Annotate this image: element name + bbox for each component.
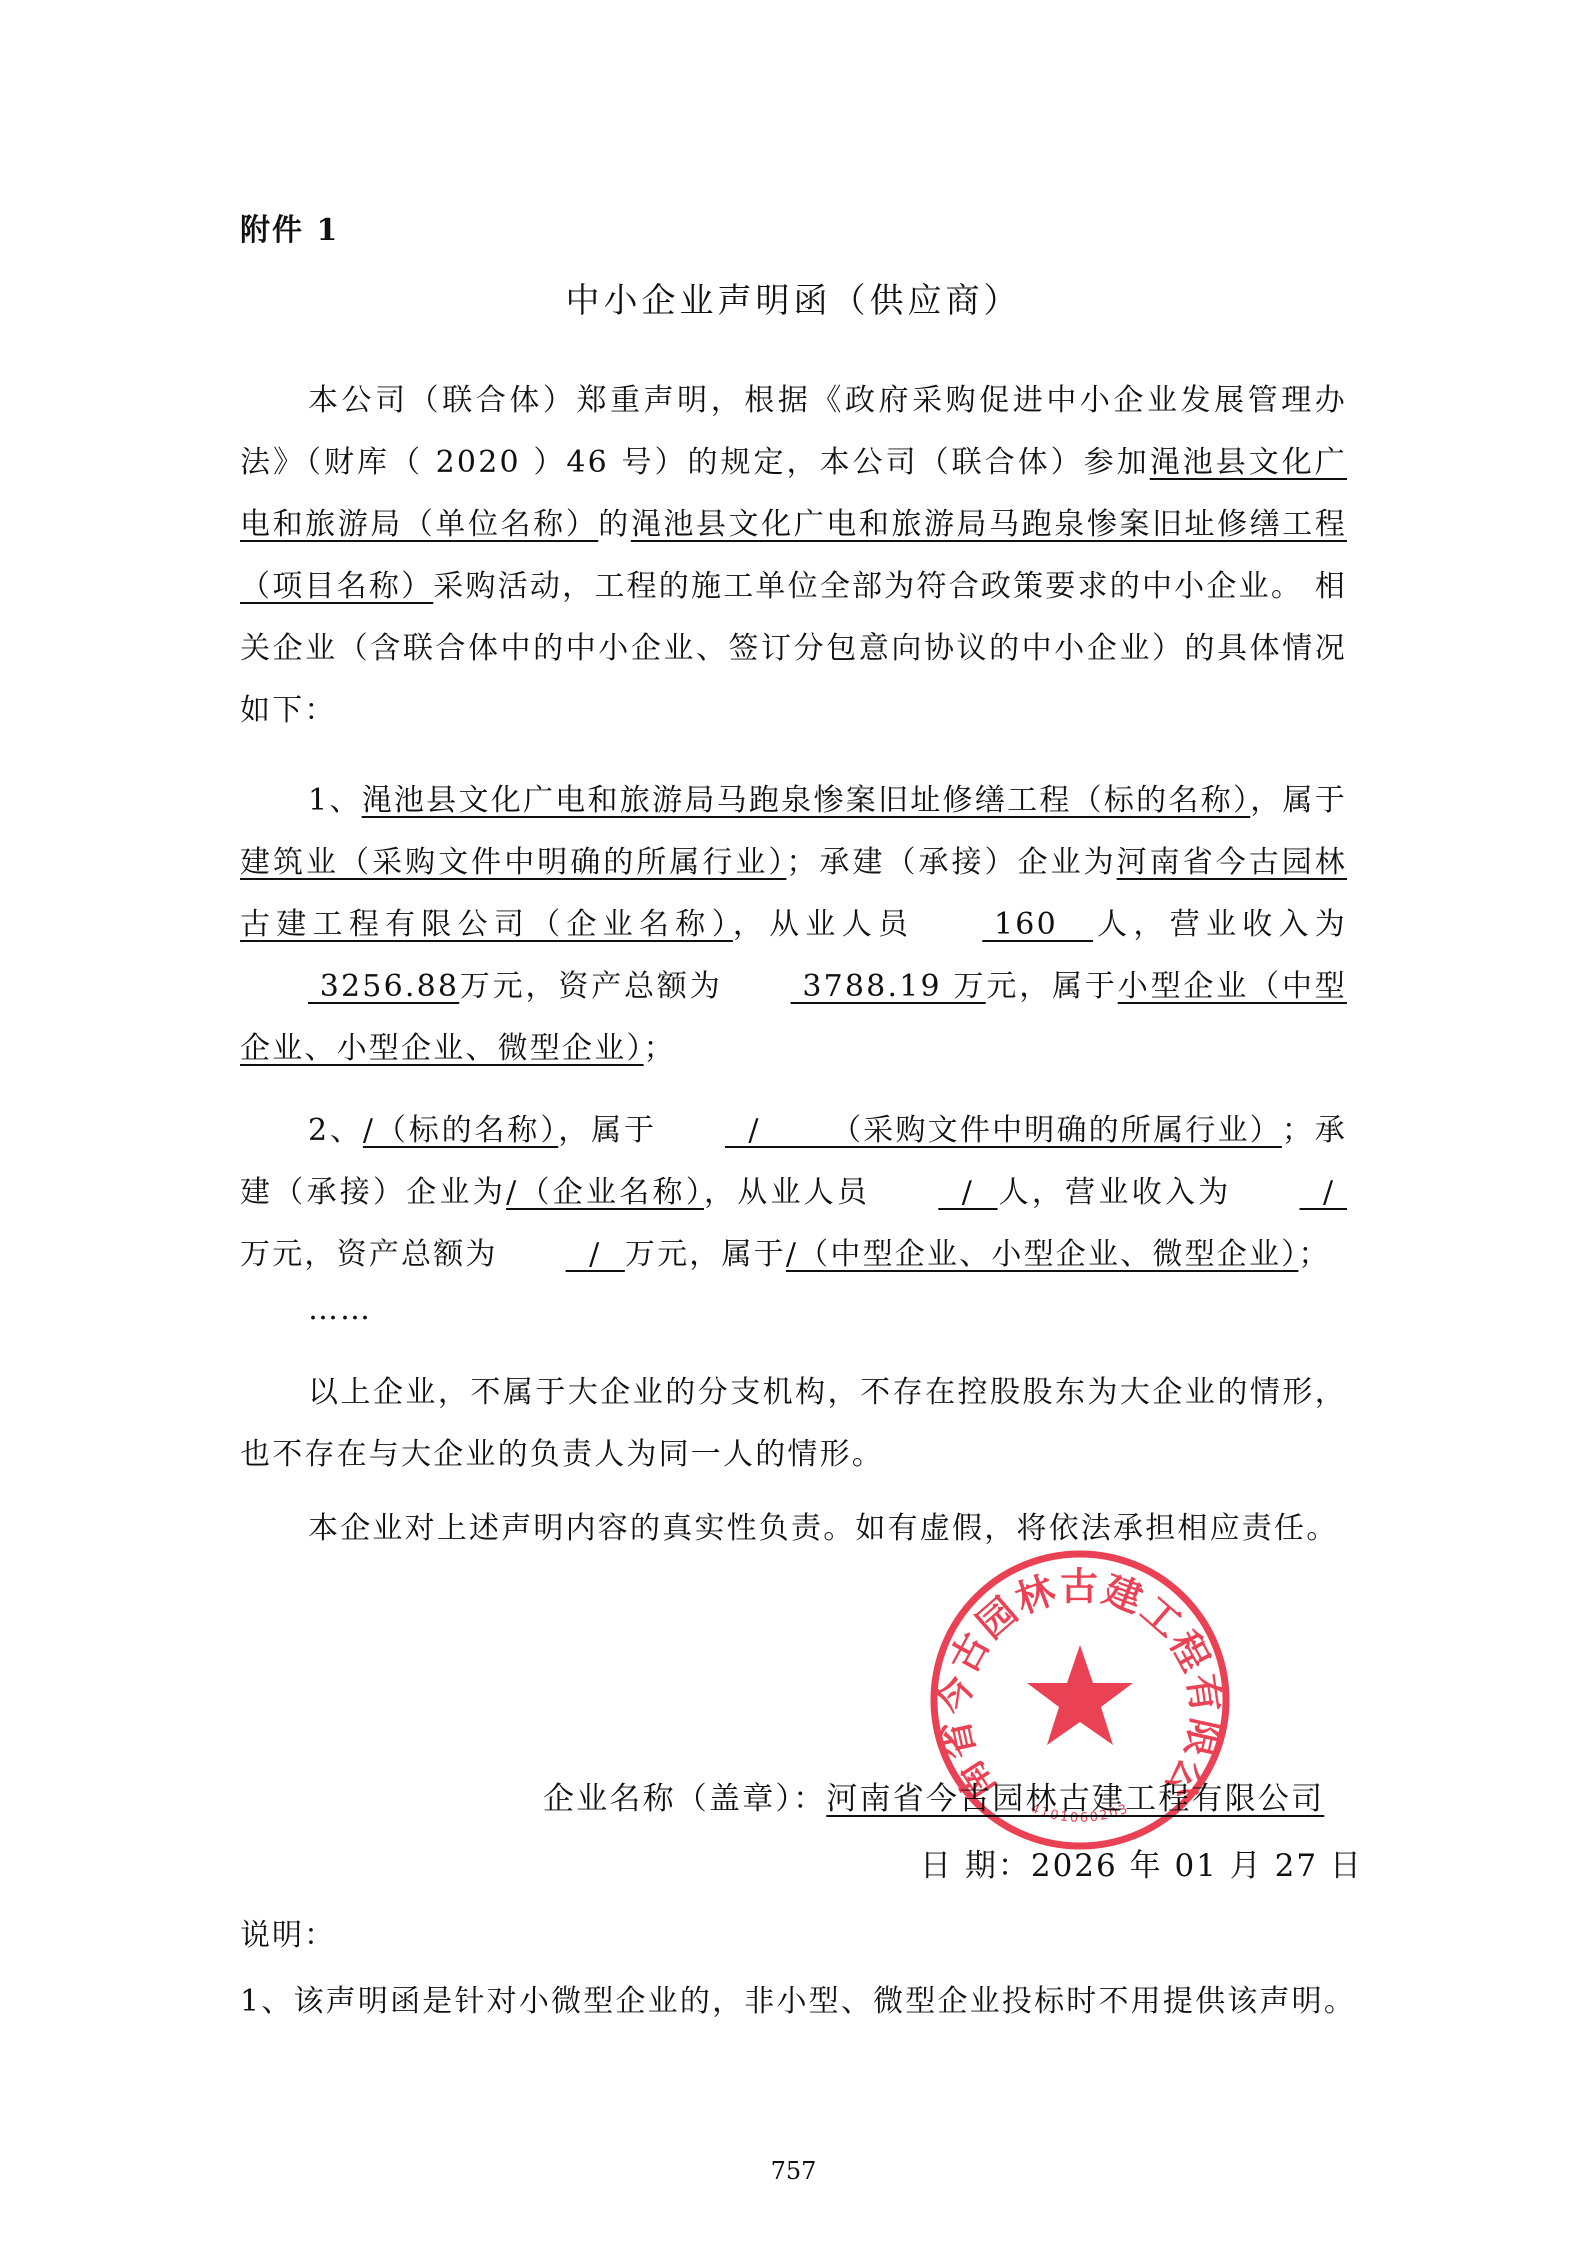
notes-item: 1、该声明函是针对小微型企业的，非小型、微型企业投标时不用提供该声明。 (240, 1976, 1356, 2020)
item-enterprise-size: /（中型企业、小型企业、微型企业） (786, 1237, 1299, 1272)
item-revenue: 3256.88 (240, 956, 459, 1018)
item-text: 元，属于 (986, 969, 1118, 1004)
item-total-assets: / (498, 1224, 625, 1286)
document-page: 附件 1 中小企业声明函（供应商） 本公司（联合体）郑重声明，根据《政府采购促进… (0, 0, 1587, 2245)
item-staff-count: / (870, 1162, 997, 1224)
item-text: ； (644, 1031, 676, 1066)
item-index: 1、 (308, 783, 362, 818)
item-text: ，属于 (558, 1113, 657, 1148)
item-industry: / （采购文件中明确的所属行业） (657, 1100, 1282, 1162)
item-text: 万元，资产总额为 (459, 969, 722, 1004)
closing-paragraph: 以上企业，不属于大企业的分支机构，不存在控股股东为大企业的情形，也不存在与大企业… (240, 1362, 1347, 1486)
seal-ring-text: 河南省今古园林古建工程有限公司 (925, 1545, 1228, 1809)
item-text: ，属于 (1250, 783, 1347, 818)
notes-heading: 说明： (240, 1910, 336, 1954)
item-revenue: / (1231, 1162, 1347, 1224)
item-text: 万元，资产总额为 (240, 1237, 498, 1272)
item-text: 人，营业收入为 (1093, 907, 1347, 942)
attachment-label: 附件 1 (240, 205, 339, 249)
enterprise-item-1: 1、渑池县文化广电和旅游局马跑泉惨案旧址修缮工程（标的名称），属于建筑业（采购文… (240, 770, 1347, 1080)
intro-text-2: 的 (598, 507, 631, 542)
item-subject: 渑池县文化广电和旅游局马跑泉惨案旧址修缮工程（标的名称） (362, 783, 1251, 818)
item-text: ； (1298, 1237, 1330, 1272)
item-text: ，从业人员 (704, 1175, 870, 1210)
item-text: 万元，属于 (625, 1237, 786, 1272)
signature-label: 企业名称（盖章）： (543, 1781, 826, 1817)
svg-text:河南省今古园林古建工程有限公司: 河南省今古园林古建工程有限公司 (925, 1545, 1228, 1809)
responsibility-paragraph: 本企业对上述声明内容的真实性负责。如有虚假，将依法承担相应责任。 (240, 1498, 1347, 1560)
item-text: ；承建（承接）企业为 (786, 845, 1116, 880)
ellipsis: …… (308, 1292, 372, 1327)
item-text: 人，营业收入为 (998, 1175, 1232, 1210)
item-total-assets: 3788.19 万 (723, 956, 986, 1018)
page-number: 757 (0, 2157, 1587, 2185)
enterprise-item-2: 2、/（标的名称），属于 / （采购文件中明确的所属行业）；承建（承接）企业为/… (240, 1100, 1347, 1286)
item-subject: /（标的名称） (363, 1113, 558, 1148)
item-staff-count: 160 (914, 894, 1093, 956)
intro-paragraph: 本公司（联合体）郑重声明，根据《政府采购促进中小企业发展管理办法》（财库（ 20… (240, 370, 1347, 742)
item-text: ，从业人员 (733, 907, 914, 942)
date-label: 日 期： (920, 1848, 1031, 1884)
signature-line: 企业名称（盖章）：河南省今古园林古建工程有限公司 (543, 1773, 1324, 1818)
item-company: /（企业名称） (506, 1175, 704, 1210)
date-value: 2026 年 01 月 27 日 (1031, 1848, 1363, 1884)
item-industry: 建筑业（采购文件中明确的所属行业） (240, 845, 786, 880)
document-title: 中小企业声明函（供应商） (0, 273, 1587, 322)
signature-company: 河南省今古园林古建工程有限公司 (826, 1781, 1324, 1817)
seal-star-icon (1027, 1645, 1133, 1745)
item-index: 2、 (308, 1113, 363, 1148)
date-line: 日 期：2026 年 01 月 27 日 (920, 1840, 1363, 1885)
